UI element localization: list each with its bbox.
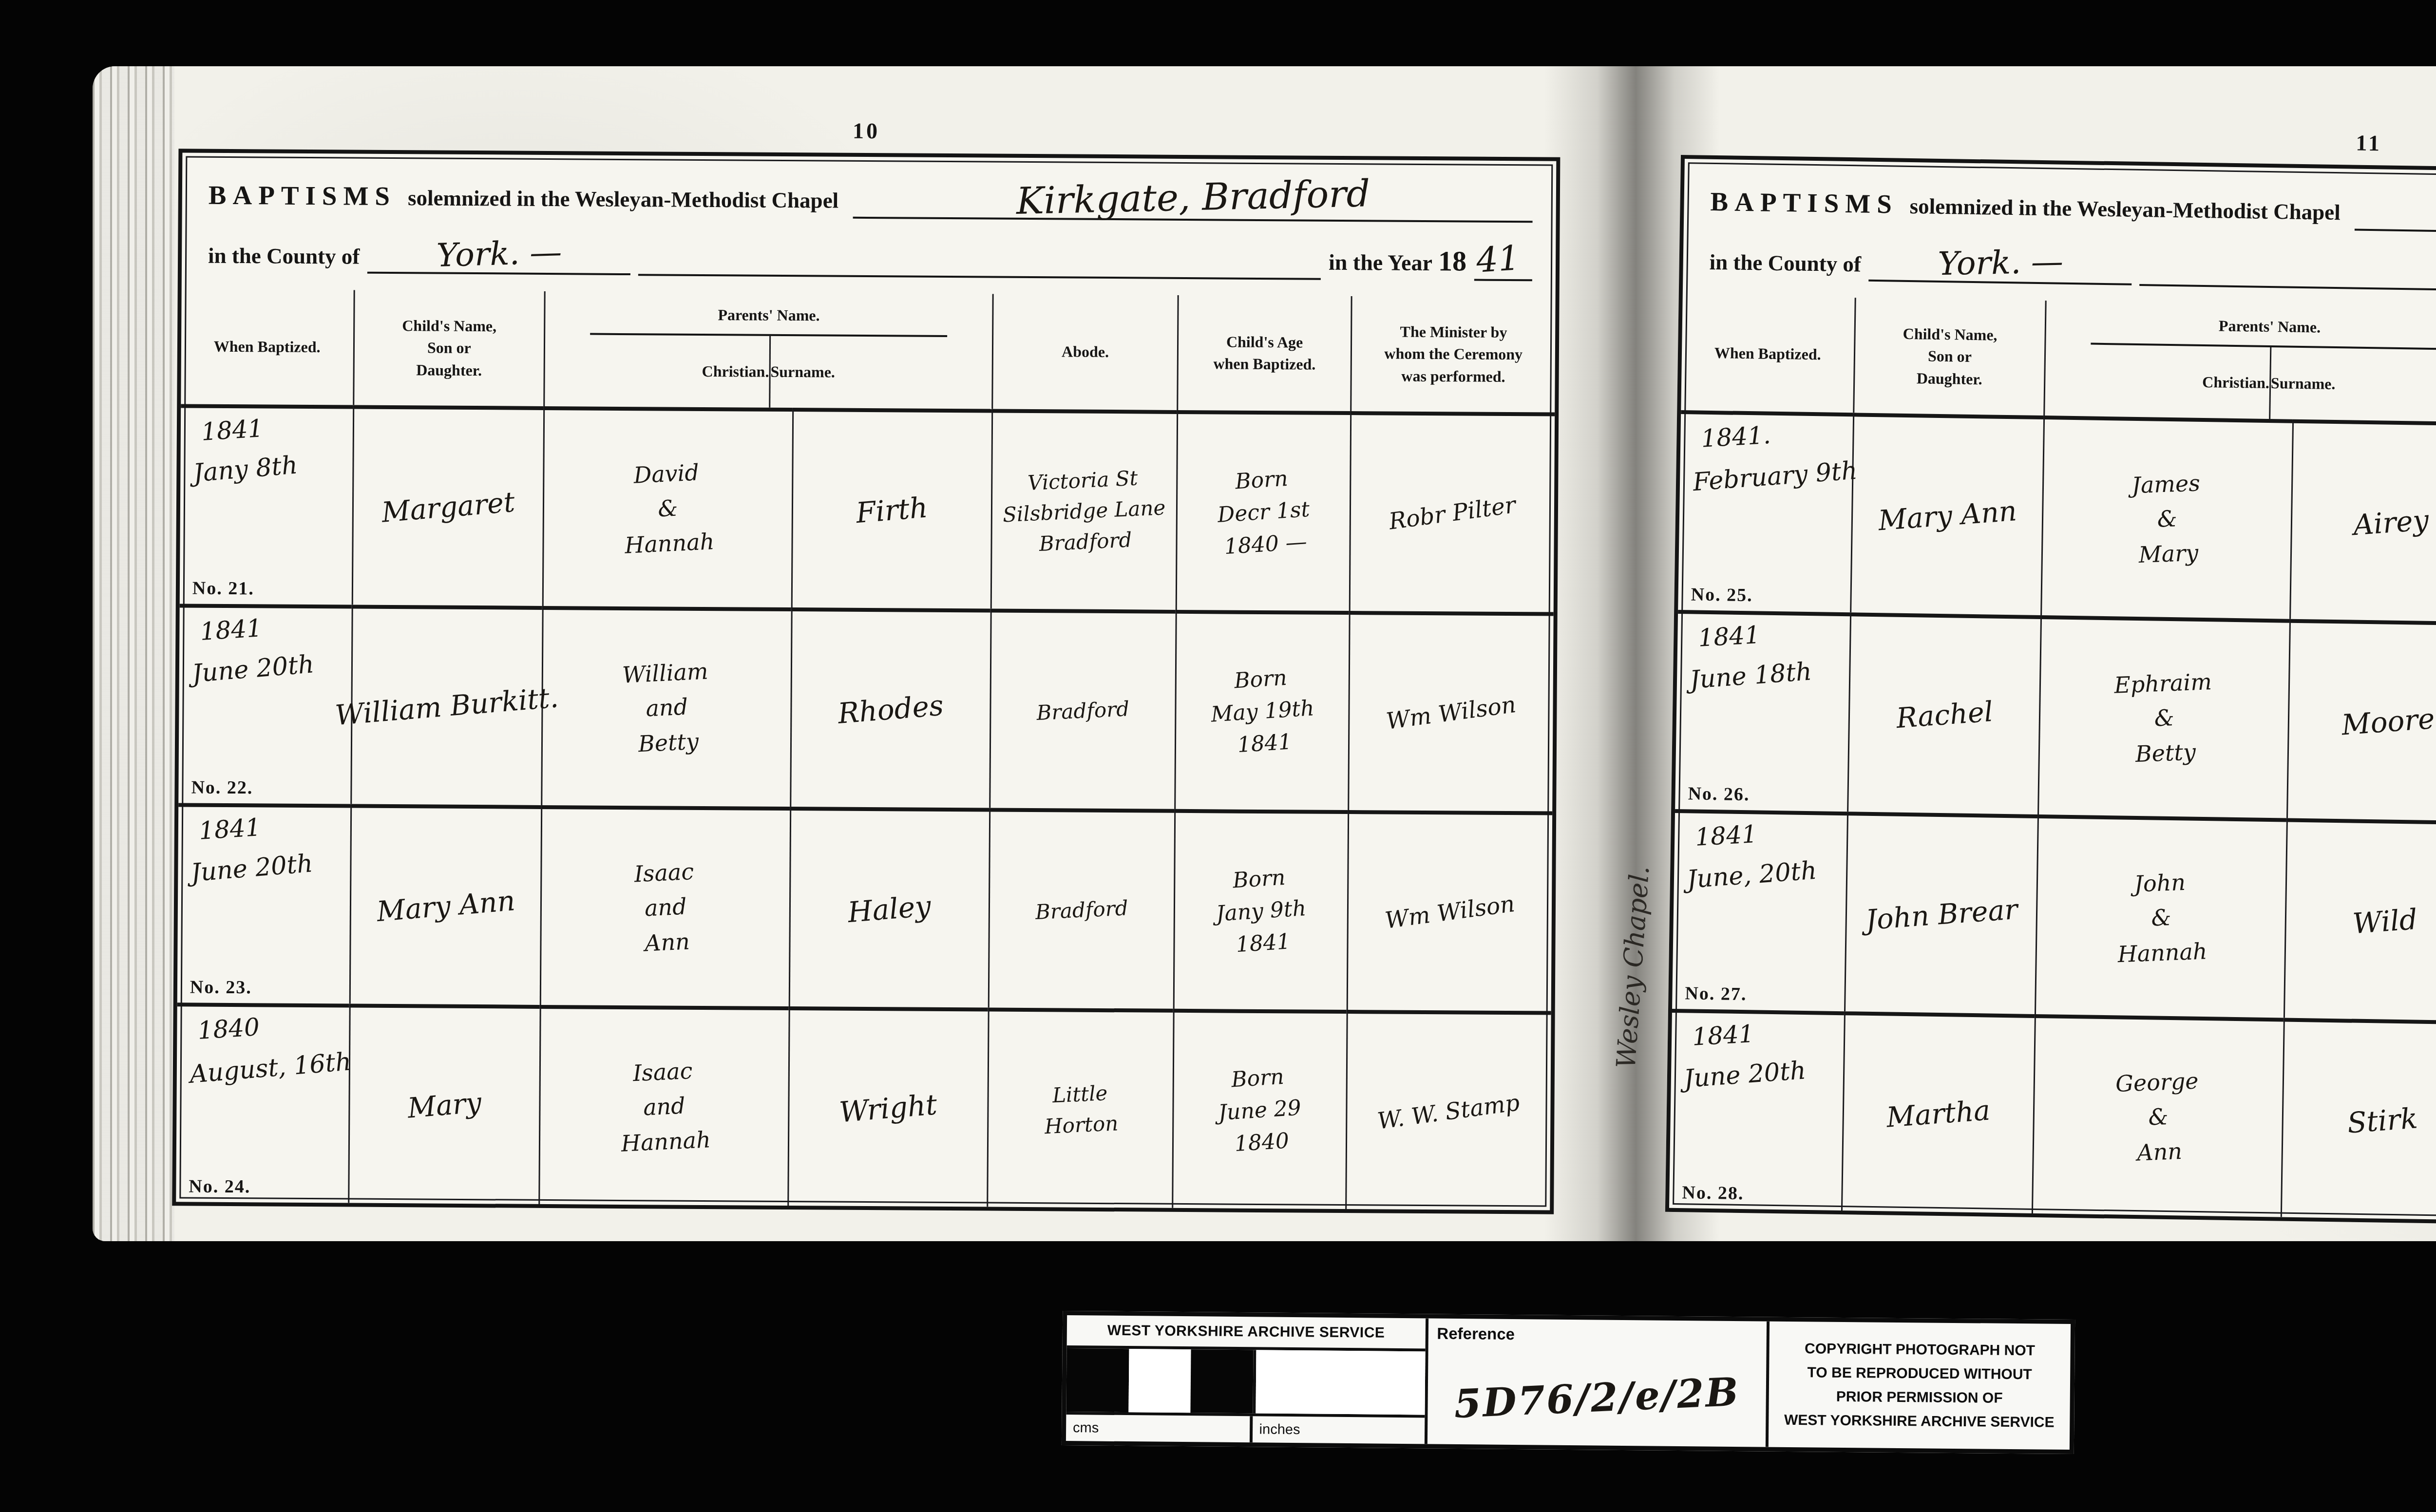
page-frame: BAPTISMS solemnized in the Wesleyan-Meth… [172,149,1560,1214]
surname-handwriting: Haley [847,889,933,929]
surname-handwriting: Wright [838,1088,938,1129]
entry-date: Jany 8th [192,451,299,488]
entry-date: June 20th [190,849,314,888]
scale-labels: cms inches [1066,1415,1425,1444]
minister-handwriting: Wm Wilson [1385,691,1518,735]
title-rest: solemnized in the Wesleyan-Methodist Cha… [408,185,838,213]
entry-22-parents-christian: William and Betty [541,605,791,807]
col-header-when-baptized: When Baptized. [1681,295,1854,413]
chapel-handwriting: Kirkgate, Bradford [1016,171,1370,223]
entry-year: 1841 [198,813,262,845]
entry-date: June 20th [1683,1056,1807,1094]
col-header-childs-age: Child's Age when Baptized. [1177,295,1351,411]
entry-27-when-baptized: 1841 June, 20th No. 27. [1672,809,1847,1011]
measurement-scale [1066,1348,1425,1417]
entry-23-parents-christian: Isaac and Ann [540,805,790,1006]
christian-names-handwriting: Isaac and Ann [633,854,698,961]
surname-handwriting: Moore [2341,702,2436,742]
entry-21-minister: Robr Pilter [1349,411,1555,612]
archive-reference-strip: WEST YORKSHIRE ARCHIVE SERVICE cms inche… [1062,1311,2075,1454]
age-handwriting: Born Jany 9th 1841 [1213,860,1309,962]
entry-25-when-baptized: 1841. February 9th No. 25. [1678,410,1853,612]
entry-23-parents-surname: Haley [789,807,989,1007]
entry-23-minister: Wm Wilson [1346,810,1552,1011]
parents-subheaders: Christian. Surname. [702,336,835,408]
surname-handwriting: Stirk [2346,1102,2418,1140]
col-header-parents-name: Parents' Name. Christian. Surname. [2044,301,2436,422]
christian-names-handwriting: William and Betty [622,654,712,762]
col-header-abode: Abode. [991,294,1178,410]
entry-year: 1841 [199,614,263,646]
entry-28-parents-surname: Stirk [2281,1018,2436,1220]
entry-22-minister: Wm Wilson [1348,611,1554,812]
entry-25-parents-christian: James & Mary [2041,416,2292,619]
minister-handwriting: W. W. Stamp [1376,1089,1522,1135]
record-number: No. 28. [1682,1182,1744,1204]
scanned-register-photograph: 10 BAPTISMS solemnized in the Wesleyan-M… [0,0,2436,1512]
entry-21-parents-christian: David & Hannah [542,406,792,607]
entry-23-when-baptized: 1841 June 20th No. 23. [177,803,350,1003]
chapel-fill-line: Kirkgate Bradford [2355,186,2436,241]
surname-handwriting: Wild [2352,903,2418,940]
child-name-handwriting: Margaret [381,486,516,529]
open-book-spread: 10 BAPTISMS solemnized in the Wesleyan-M… [93,66,2436,1241]
page-number: 11 [2356,130,2382,156]
entry-24-abode: Little Horton [987,1007,1173,1208]
entry-23-childs-age: Born Jany 9th 1841 [1173,809,1348,1010]
archive-service-panel: WEST YORKSHIRE ARCHIVE SERVICE cms inche… [1066,1315,1428,1444]
reference-number-handwriting: 5D76/2/e/2B [1453,1369,1740,1427]
page-header: BAPTISMS solemnized in the Wesleyan-Meth… [1683,159,2436,316]
entry-24-childs-age: Born June 29 1840 [1172,1008,1347,1209]
entry-27-parents-christian: John & Hannah [2035,814,2286,1018]
entry-22-child-name: William Burkitt. [350,605,542,805]
page-header: BAPTISMS solemnized in the Wesleyan-Meth… [182,152,1557,297]
register-page-10: 10 BAPTISMS solemnized in the Wesleyan-M… [172,117,1561,1214]
entry-21-child-name: Margaret [351,405,543,606]
record-number: No. 21. [192,577,254,599]
header-line-2: in the County of York. — in the Year 18 … [1709,238,2436,299]
chapel-fill-line: Kirkgate, Bradford [853,173,1533,223]
entry-date: June 20th [191,650,315,688]
entry-24-parents-surname: Wright [787,1006,988,1207]
record-number: No. 24. [189,1176,250,1198]
parents-subheaders: Christian. Surname. [2202,346,2336,420]
blank-rule [2139,244,2436,296]
entry-date: August, 16th [189,1047,352,1089]
scale-square-white [1128,1349,1191,1413]
col-header-when-baptized: When Baptized. [181,289,353,405]
county-label: in the County of [208,243,360,269]
entry-22-childs-age: Born May 19th 1841 [1175,609,1349,810]
record-number: No. 25. [1691,584,1753,606]
title-baptisms: BAPTISMS [1710,186,1898,220]
archive-service-name: WEST YORKSHIRE ARCHIVE SERVICE [1067,1315,1426,1351]
book-page-edges-left [93,66,174,1241]
col-header-christian: Christian. [2202,346,2270,419]
scale-square-black [1190,1349,1253,1413]
age-handwriting: Born June 29 1840 [1216,1060,1305,1161]
entry-27-parents-surname: Wild [2284,818,2436,1021]
surname-handwriting: Rhodes [837,689,945,730]
minister-handwriting: Robr Pilter [1388,491,1518,535]
entry-24-when-baptized: 1840 August, 16th No. 24. [176,1002,349,1203]
register-page-11: 11 BAPTISMS solemnized in the Wesleyan-M… [1665,124,2436,1232]
year-label: in the Year [1329,249,1432,276]
baptism-table: When Baptized. Child's Name, Son or Daug… [176,289,1555,1210]
entry-26-parents-christian: Ephraim & Betty [2038,615,2289,818]
record-number: No. 23. [190,976,252,998]
cms-label: cms [1066,1415,1253,1442]
christian-names-handwriting: Isaac and Hannah [617,1053,712,1161]
age-handwriting: Born Decr 1st 1840 — [1215,461,1313,564]
entry-28-child-name: Martha [1841,1011,2035,1213]
col-header-childs-name: Child's Name, Son or Daughter. [353,290,544,406]
title-rest: solemnized in the Wesleyan-Methodist Cha… [1909,193,2341,225]
county-handwriting: York. — [436,233,562,274]
child-name-handwriting: Martha [1885,1095,1991,1134]
child-name-handwriting: William Burkitt. [334,681,560,732]
county-fill-line: York. — [1869,242,2132,285]
header-line-1: BAPTISMS solemnized in the Wesleyan-Meth… [1710,176,2436,241]
entry-26-child-name: Rachel [1847,612,2041,814]
entry-year: 1841 [1697,621,1761,652]
entry-date: June, 20th [1686,856,1818,894]
entry-21-when-baptized: 1841 Jany 8th No. 21. [180,404,353,605]
christian-names-handwriting: George & Ann [2115,1064,2202,1171]
minister-handwriting: Wm Wilson [1384,890,1517,934]
entry-21-abode: Victoria St Silsbridge Lane Bradford [990,409,1177,610]
reference-panel: Reference 5D76/2/e/2B [1427,1318,1770,1447]
inches-scale-space [1256,1350,1425,1415]
entry-date: February 9th [1692,456,1859,497]
cms-scale-squares [1066,1348,1256,1413]
christian-names-handwriting: John & Hannah [2114,864,2208,972]
page-number: 10 [853,118,880,144]
entry-date: June 18th [1689,657,1812,695]
header-line-2: in the County of York. — in the Year 18 … [208,231,1532,282]
child-name-handwriting: Mary [406,1087,483,1125]
child-name-handwriting: Mary Ann [375,885,516,928]
reference-label: Reference [1437,1324,1758,1346]
col-header-childs-name: Child's Name, Son or Daughter. [1853,298,2045,416]
entry-27-child-name: John Brear [1844,812,2038,1014]
copyright-line: TO BE REPRODUCED WITHOUT [1807,1364,2032,1383]
abode-handwriting: Bradford [1035,893,1129,928]
surname-handwriting: Airey [2352,503,2430,542]
header-line-1: BAPTISMS solemnized in the Wesleyan-Meth… [209,170,1533,223]
baptism-table: When Baptized. Child's Name, Son or Daug… [1669,295,2436,1228]
blank-rule [638,234,1321,280]
col-header-surname: Surname. [2269,347,2336,420]
inches-label: inches [1252,1416,1425,1444]
entry-21-parents-surname: Firth [791,408,991,608]
entry-25-parents-surname: Airey [2289,419,2436,622]
col-header-surname: Surname. [769,336,835,408]
copyright-line: WEST YORKSHIRE ARCHIVE SERVICE [1784,1412,2055,1431]
abode-handwriting: Victoria St Silsbridge Lane Bradford [1001,461,1168,561]
christian-names-handwriting: James & Mary [2131,466,2203,572]
entry-25-child-name: Mary Ann [1850,413,2044,615]
child-name-handwriting: Mary Ann [1877,495,2018,537]
parents-name-label: Parents' Name. [2219,315,2321,339]
page-frame: BAPTISMS solemnized in the Wesleyan-Meth… [1665,155,2436,1232]
title-baptisms: BAPTISMS [209,180,397,211]
entry-22-when-baptized: 1841 June 20th No. 22. [178,604,351,804]
entry-22-abode: Bradford [989,608,1176,809]
year-handwriting: 41 [1475,238,1521,281]
entry-26-parents-surname: Moore [2286,619,2436,821]
county-label: in the County of [1709,249,1861,277]
col-header-minister: The Minister by whom the Ceremony was pe… [1350,296,1556,413]
entry-24-parents-christian: Isaac and Hannah [539,1004,789,1206]
entry-year: 1841 [200,414,264,446]
entry-year: 1841 [1692,1020,1755,1051]
copyright-line: COPYRIGHT PHOTOGRAPH NOT [1805,1341,2035,1359]
entry-23-abode: Bradford [988,808,1174,1009]
entry-year: 1840 [197,1013,261,1045]
year-fill-line: 41 [1474,239,1533,282]
entry-28-when-baptized: 1841 June 20th No. 28. [1669,1008,1844,1210]
scale-square-black [1066,1348,1129,1412]
entry-21-childs-age: Born Decr 1st 1840 — [1176,410,1350,611]
year-printed-18: 18 [1438,245,1466,277]
entry-24-child-name: Mary [348,1003,540,1204]
county-fill-line: York. — [367,234,630,275]
entry-22-parents-surname: Rhodes [790,607,990,808]
age-handwriting: Born May 19th 1841 [1208,661,1317,763]
entry-24-minister: W. W. Stamp [1345,1010,1551,1210]
surname-handwriting: Firth [855,491,929,529]
col-header-christian: Christian. [702,336,769,407]
abode-handwriting: Little Horton [1043,1077,1119,1142]
copyright-line: PRIOR PERMISSION OF [1836,1388,2003,1406]
col-header-parents-name: Parents' Name. Christian. Surname. [544,291,992,409]
record-number: No. 22. [191,777,253,799]
copyright-panel: COPYRIGHT PHOTOGRAPH NOT TO BE REPRODUCE… [1769,1322,2071,1450]
entry-year: 1841. [1700,421,1771,453]
child-name-handwriting: John Brear [1865,893,2019,936]
christian-names-handwriting: David & Hannah [621,454,715,563]
entry-year: 1841 [1694,820,1758,851]
christian-names-handwriting: Ephraim & Betty [2113,664,2215,772]
entry-28-parents-christian: George & Ann [2032,1014,2283,1217]
parents-name-label: Parents' Name. [718,304,819,327]
entry-26-when-baptized: 1841 June 18th No. 26. [1675,610,1850,812]
county-handwriting: York. — [1938,243,2064,283]
record-number: No. 27. [1685,983,1747,1005]
record-number: No. 26. [1688,783,1750,805]
abode-handwriting: Bradford [1036,693,1130,728]
child-name-handwriting: Rachel [1895,696,1994,735]
entry-23-child-name: Mary Ann [349,804,541,1005]
